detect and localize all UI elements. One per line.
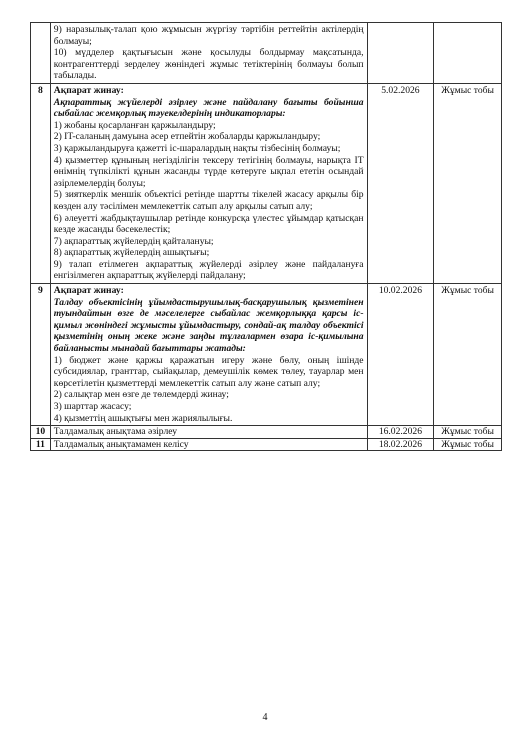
list-item: 2) IT-саланың дамуына әсер етпейтін жоба… [54, 131, 364, 143]
row-date: 5.02.2026 [367, 83, 434, 283]
table-row-9: 9 Ақпарат жинау: Талдау объектісінің ұйы… [31, 284, 502, 426]
list-item: 1) бюджет және қаржы қаражатын игеру жән… [54, 355, 364, 390]
list-item: 6) әлеуетті жабдықтаушылар ретінде конку… [54, 213, 364, 236]
list-item: 1) жобаны қосарланған қаржыландыру; [54, 120, 364, 132]
list-item: 7) ақпараттық жүйелердің қайталануы; [54, 236, 364, 248]
row-content: Ақпарат жинау: Ақпараттық жүйелерді әзір… [50, 83, 367, 283]
row-subheading: Ақпараттық жүйелерді әзірлеу және пайдал… [54, 97, 364, 120]
row-subheading: Талдау объектісінің ұйымдастырушылық-бас… [54, 297, 364, 355]
list-item: 10) мүдделер қақтығысын және қосылуды бо… [54, 47, 364, 82]
list-item: 3) шарттар жасасу; [54, 401, 364, 413]
row-number: 8 [31, 83, 51, 283]
list-item: 9) наразылық-талап қою жұмысын жүргізу т… [54, 24, 364, 47]
row-number [31, 23, 51, 84]
list-item: 3) қаржыландыруға қажетті іс-шаралардың … [54, 143, 364, 155]
row-content: Талдамалық анықтамамен келісу [50, 438, 367, 451]
list-item: 4) қызметтер құнының негізділігін тексер… [54, 155, 364, 190]
list-item: 9) талап етілмеген ақпараттық жүйелерді … [54, 259, 364, 282]
action-plan-table: 9) наразылық-талап қою жұмысын жүргізу т… [30, 22, 502, 451]
table-row-8: 8 Ақпарат жинау: Ақпараттық жүйелерді әз… [31, 83, 502, 283]
row-number: 11 [31, 438, 51, 451]
row-heading: Ақпарат жинау: [54, 285, 364, 297]
row-responsible: Жұмыс тобы [434, 426, 502, 439]
row-content: Талдамалық анықтама әзірлеу [50, 426, 367, 439]
row-date: 18.02.2026 [367, 438, 434, 451]
table-row-10: 10 Талдамалық анықтама әзірлеу 16.02.202… [31, 426, 502, 439]
table-row-11: 11 Талдамалық анықтамамен келісу 18.02.2… [31, 438, 502, 451]
row-date: 10.02.2026 [367, 284, 434, 426]
row-number: 9 [31, 284, 51, 426]
row-content: Ақпарат жинау: Талдау объектісінің ұйымд… [50, 284, 367, 426]
row-responsible [434, 23, 502, 84]
row-date [367, 23, 434, 84]
row-heading: Ақпарат жинау: [54, 85, 364, 97]
row-responsible: Жұмыс тобы [434, 83, 502, 283]
row-content: 9) наразылық-талап қою жұмысын жүргізу т… [50, 23, 367, 84]
row-number: 10 [31, 426, 51, 439]
list-item: 8) ақпараттық жүйелердің ашықтығы; [54, 247, 364, 259]
row-date: 16.02.2026 [367, 426, 434, 439]
list-item: 4) қызметтің ашықтығы мен жариялылығы. [54, 413, 364, 425]
row-responsible: Жұмыс тобы [434, 438, 502, 451]
table-row-continuation: 9) наразылық-талап қою жұмысын жүргізу т… [31, 23, 502, 84]
page-number: 4 [0, 712, 530, 723]
list-item: 2) салықтар мен өзге де төлемдерді жинау… [54, 389, 364, 401]
list-item: 5) зияткерлік меншік объектісі ретінде ш… [54, 189, 364, 212]
row-responsible: Жұмыс тобы [434, 284, 502, 426]
